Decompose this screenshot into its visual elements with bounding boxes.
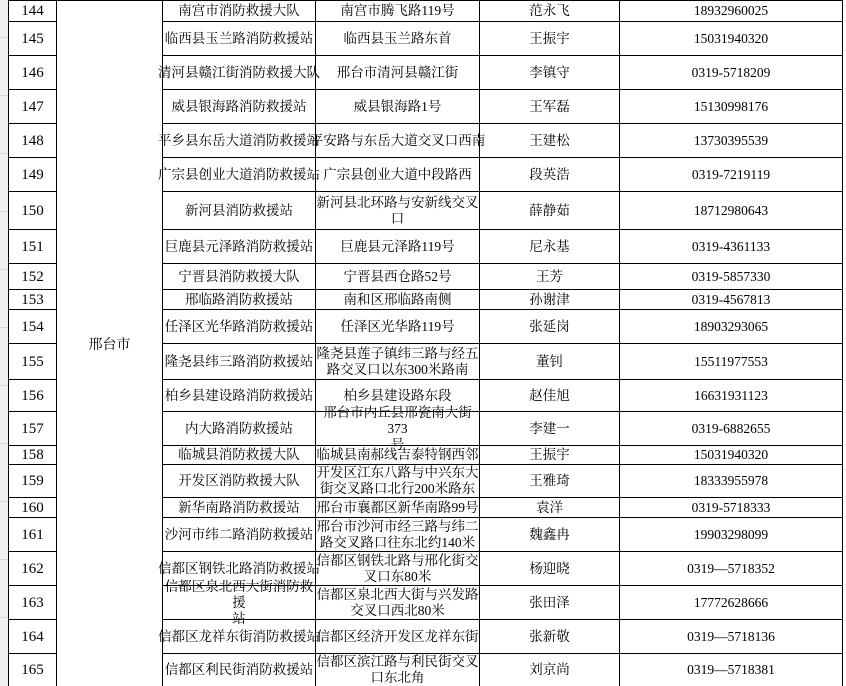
- cell-row-number[interactable]: 164: [9, 620, 57, 654]
- cell-contact-name[interactable]: 尼永基: [480, 230, 620, 264]
- cell-row-number[interactable]: 150: [9, 192, 57, 230]
- cell-address[interactable]: 威县银海路1号: [316, 90, 480, 124]
- cell-contact-name[interactable]: 杨迎晓: [480, 552, 620, 586]
- cell-phone-number[interactable]: 18903293065: [620, 310, 843, 344]
- cell-station-name[interactable]: 新河县消防救援站: [163, 192, 316, 230]
- cell-contact-name[interactable]: 赵佳旭: [480, 380, 620, 412]
- cell-phone-number[interactable]: 17772628666: [620, 586, 843, 620]
- cell-row-number[interactable]: 165: [9, 654, 57, 686]
- cell-phone-number[interactable]: 16631931123: [620, 380, 843, 412]
- cell-contact-name[interactable]: 王芳: [480, 264, 620, 290]
- cell-station-name[interactable]: 开发区消防救援大队: [163, 465, 316, 498]
- cell-station-name[interactable]: 信都区龙祥东街消防救援站: [163, 620, 316, 654]
- cell-address[interactable]: 开发区江东八路与中兴东大 街交叉路口北行200米路东: [316, 465, 480, 498]
- cell-station-name[interactable]: 临城县消防救援大队: [163, 446, 316, 465]
- cell-address[interactable]: 邢台市襄都区新华南路99号: [316, 498, 480, 518]
- cell-phone-number[interactable]: 15130998176: [620, 90, 843, 124]
- cell-phone-number[interactable]: 0319—5718381: [620, 654, 843, 686]
- cell-row-number[interactable]: 160: [9, 498, 57, 518]
- cell-address[interactable]: 南宫市腾飞路119号: [316, 1, 480, 22]
- cell-phone-number[interactable]: 18333955978: [620, 465, 843, 498]
- cell-address[interactable]: 宁晋县西仓路52号: [316, 264, 480, 290]
- cell-address[interactable]: 临西县玉兰路东首: [316, 22, 480, 56]
- cell-station-name[interactable]: 临西县玉兰路消防救援站: [163, 22, 316, 56]
- cell-row-number[interactable]: 156: [9, 380, 57, 412]
- cell-row-number[interactable]: 149: [9, 158, 57, 192]
- cell-city-merged[interactable]: 邢台市: [57, 1, 163, 686]
- cell-station-name[interactable]: 邢临路消防救援站: [163, 290, 316, 310]
- cell-station-name[interactable]: 信都区利民街消防救援站: [163, 654, 316, 686]
- cell-contact-name[interactable]: 王振宇: [480, 22, 620, 56]
- cell-contact-name[interactable]: 魏鑫冉: [480, 518, 620, 552]
- cell-contact-name[interactable]: 段英浩: [480, 158, 620, 192]
- cell-phone-number[interactable]: 0319-5718209: [620, 56, 843, 90]
- cell-phone-number[interactable]: 19903298099: [620, 518, 843, 552]
- cell-phone-number[interactable]: 15031940320: [620, 22, 843, 56]
- cell-row-number[interactable]: 151: [9, 230, 57, 264]
- cell-row-number[interactable]: 145: [9, 22, 57, 56]
- cell-row-number[interactable]: 161: [9, 518, 57, 552]
- cell-station-name[interactable]: 平乡县东岳大道消防救援站: [163, 124, 316, 158]
- cell-phone-number[interactable]: 0319-6882655: [620, 412, 843, 446]
- cell-address[interactable]: 邢台市清河县赣江街: [316, 56, 480, 90]
- cell-contact-name[interactable]: 张新敬: [480, 620, 620, 654]
- cell-address[interactable]: 南和区邢临路南侧: [316, 290, 480, 310]
- cell-row-number[interactable]: 148: [9, 124, 57, 158]
- cell-station-name[interactable]: 清河县赣江街消防救援大队: [163, 56, 316, 90]
- cell-row-number[interactable]: 163: [9, 586, 57, 620]
- cell-row-number[interactable]: 146: [9, 56, 57, 90]
- cell-phone-number[interactable]: 0319—5718136: [620, 620, 843, 654]
- cell-contact-name[interactable]: 王建松: [480, 124, 620, 158]
- cell-contact-name[interactable]: 薛静茹: [480, 192, 620, 230]
- cell-address[interactable]: 邢台市内丘县邢瓷南大街373 号: [316, 412, 480, 446]
- cell-row-number[interactable]: 152: [9, 264, 57, 290]
- cell-row-number[interactable]: 147: [9, 90, 57, 124]
- cell-phone-number[interactable]: 18712980643: [620, 192, 843, 230]
- cell-station-name[interactable]: 威县银海路消防救援站: [163, 90, 316, 124]
- cell-contact-name[interactable]: 王振宇: [480, 446, 620, 465]
- cell-row-number[interactable]: 153: [9, 290, 57, 310]
- cell-row-number[interactable]: 157: [9, 412, 57, 446]
- cell-contact-name[interactable]: 王军磊: [480, 90, 620, 124]
- cell-address[interactable]: 信都区泉北西大街与兴发路 交叉口西北80米: [316, 586, 480, 620]
- cell-contact-name[interactable]: 袁洋: [480, 498, 620, 518]
- cell-phone-number[interactable]: 0319-4361133: [620, 230, 843, 264]
- cell-phone-number[interactable]: 13730395539: [620, 124, 843, 158]
- cell-row-number[interactable]: 155: [9, 344, 57, 380]
- cell-address[interactable]: 信都区经济开发区龙祥东街: [316, 620, 480, 654]
- cell-phone-number[interactable]: 18932960025: [620, 1, 843, 22]
- cell-address[interactable]: 新河县北环路与安新线交叉 口: [316, 192, 480, 230]
- cell-contact-name[interactable]: 张田泽: [480, 586, 620, 620]
- cell-row-number[interactable]: 159: [9, 465, 57, 498]
- cell-station-name[interactable]: 柏乡县建设路消防救援站: [163, 380, 316, 412]
- cell-address[interactable]: 隆尧县莲子镇纬三路与经五 路交叉口以东300米路南: [316, 344, 480, 380]
- cell-phone-number[interactable]: 0319-5857330: [620, 264, 843, 290]
- cell-station-name[interactable]: 南宫市消防救援大队: [163, 1, 316, 22]
- cell-address[interactable]: 任泽区光华路119号: [316, 310, 480, 344]
- cell-address[interactable]: 广宗县创业大道中段路西: [316, 158, 480, 192]
- cell-phone-number[interactable]: 0319-5718333: [620, 498, 843, 518]
- cell-address[interactable]: 信都区滨江路与利民街交叉 口东北角: [316, 654, 480, 686]
- cell-phone-number[interactable]: 0319-7219119: [620, 158, 843, 192]
- cell-contact-name[interactable]: 李镇守: [480, 56, 620, 90]
- cell-station-name[interactable]: 沙河市纬二路消防救援站: [163, 518, 316, 552]
- cell-address[interactable]: 巨鹿县元泽路119号: [316, 230, 480, 264]
- spreadsheet-view: 邢台市 144 南宫市消防救援大队 南宫市腾飞路119号 范永飞 1893296…: [0, 0, 846, 686]
- left-margin-strip: [0, 0, 8, 686]
- cell-station-name[interactable]: 任泽区光华路消防救援站: [163, 310, 316, 344]
- cell-station-name[interactable]: 隆尧县纬三路消防救援站: [163, 344, 316, 380]
- cell-contact-name[interactable]: 董钊: [480, 344, 620, 380]
- cell-phone-number[interactable]: 15031940320: [620, 446, 843, 465]
- cell-phone-number[interactable]: 0319—5718352: [620, 552, 843, 586]
- cell-row-number[interactable]: 154: [9, 310, 57, 344]
- cell-station-name[interactable]: 宁晋县消防救援大队: [163, 264, 316, 290]
- cell-address[interactable]: 邢台市沙河市经三路与纬二 路交叉路口往东北约140米: [316, 518, 480, 552]
- cell-station-name[interactable]: 巨鹿县元泽路消防救援站: [163, 230, 316, 264]
- cell-contact-name[interactable]: 张延岗: [480, 310, 620, 344]
- cell-address[interactable]: 信都区钢铁北路与邢化街交 叉口东80米: [316, 552, 480, 586]
- cell-contact-name[interactable]: 李建一: [480, 412, 620, 446]
- cell-station-name[interactable]: 信都区泉北西大街消防救援 站: [163, 586, 316, 620]
- cell-contact-name[interactable]: 范永飞: [480, 1, 620, 22]
- cell-contact-name[interactable]: 孙谢津: [480, 290, 620, 310]
- cell-station-name[interactable]: 内大路消防救援站: [163, 412, 316, 446]
- cell-contact-name[interactable]: 王雅琦: [480, 465, 620, 498]
- cell-row-number[interactable]: 144: [9, 1, 57, 22]
- cell-phone-number[interactable]: 0319-4567813: [620, 290, 843, 310]
- cell-phone-number[interactable]: 15511977553: [620, 344, 843, 380]
- cell-address[interactable]: 临城县南郝线吉泰特钢西邻: [316, 446, 480, 465]
- cell-contact-name[interactable]: 刘京尚: [480, 654, 620, 686]
- cell-station-name[interactable]: 广宗县创业大道消防救援站: [163, 158, 316, 192]
- fire-station-table: 邢台市 144 南宫市消防救援大队 南宫市腾飞路119号 范永飞 1893296…: [8, 0, 843, 686]
- cell-row-number[interactable]: 162: [9, 552, 57, 586]
- cell-address[interactable]: 平安路与东岳大道交叉口西南: [316, 124, 480, 158]
- cell-row-number[interactable]: 158: [9, 446, 57, 465]
- cell-station-name[interactable]: 新华南路消防救援站: [163, 498, 316, 518]
